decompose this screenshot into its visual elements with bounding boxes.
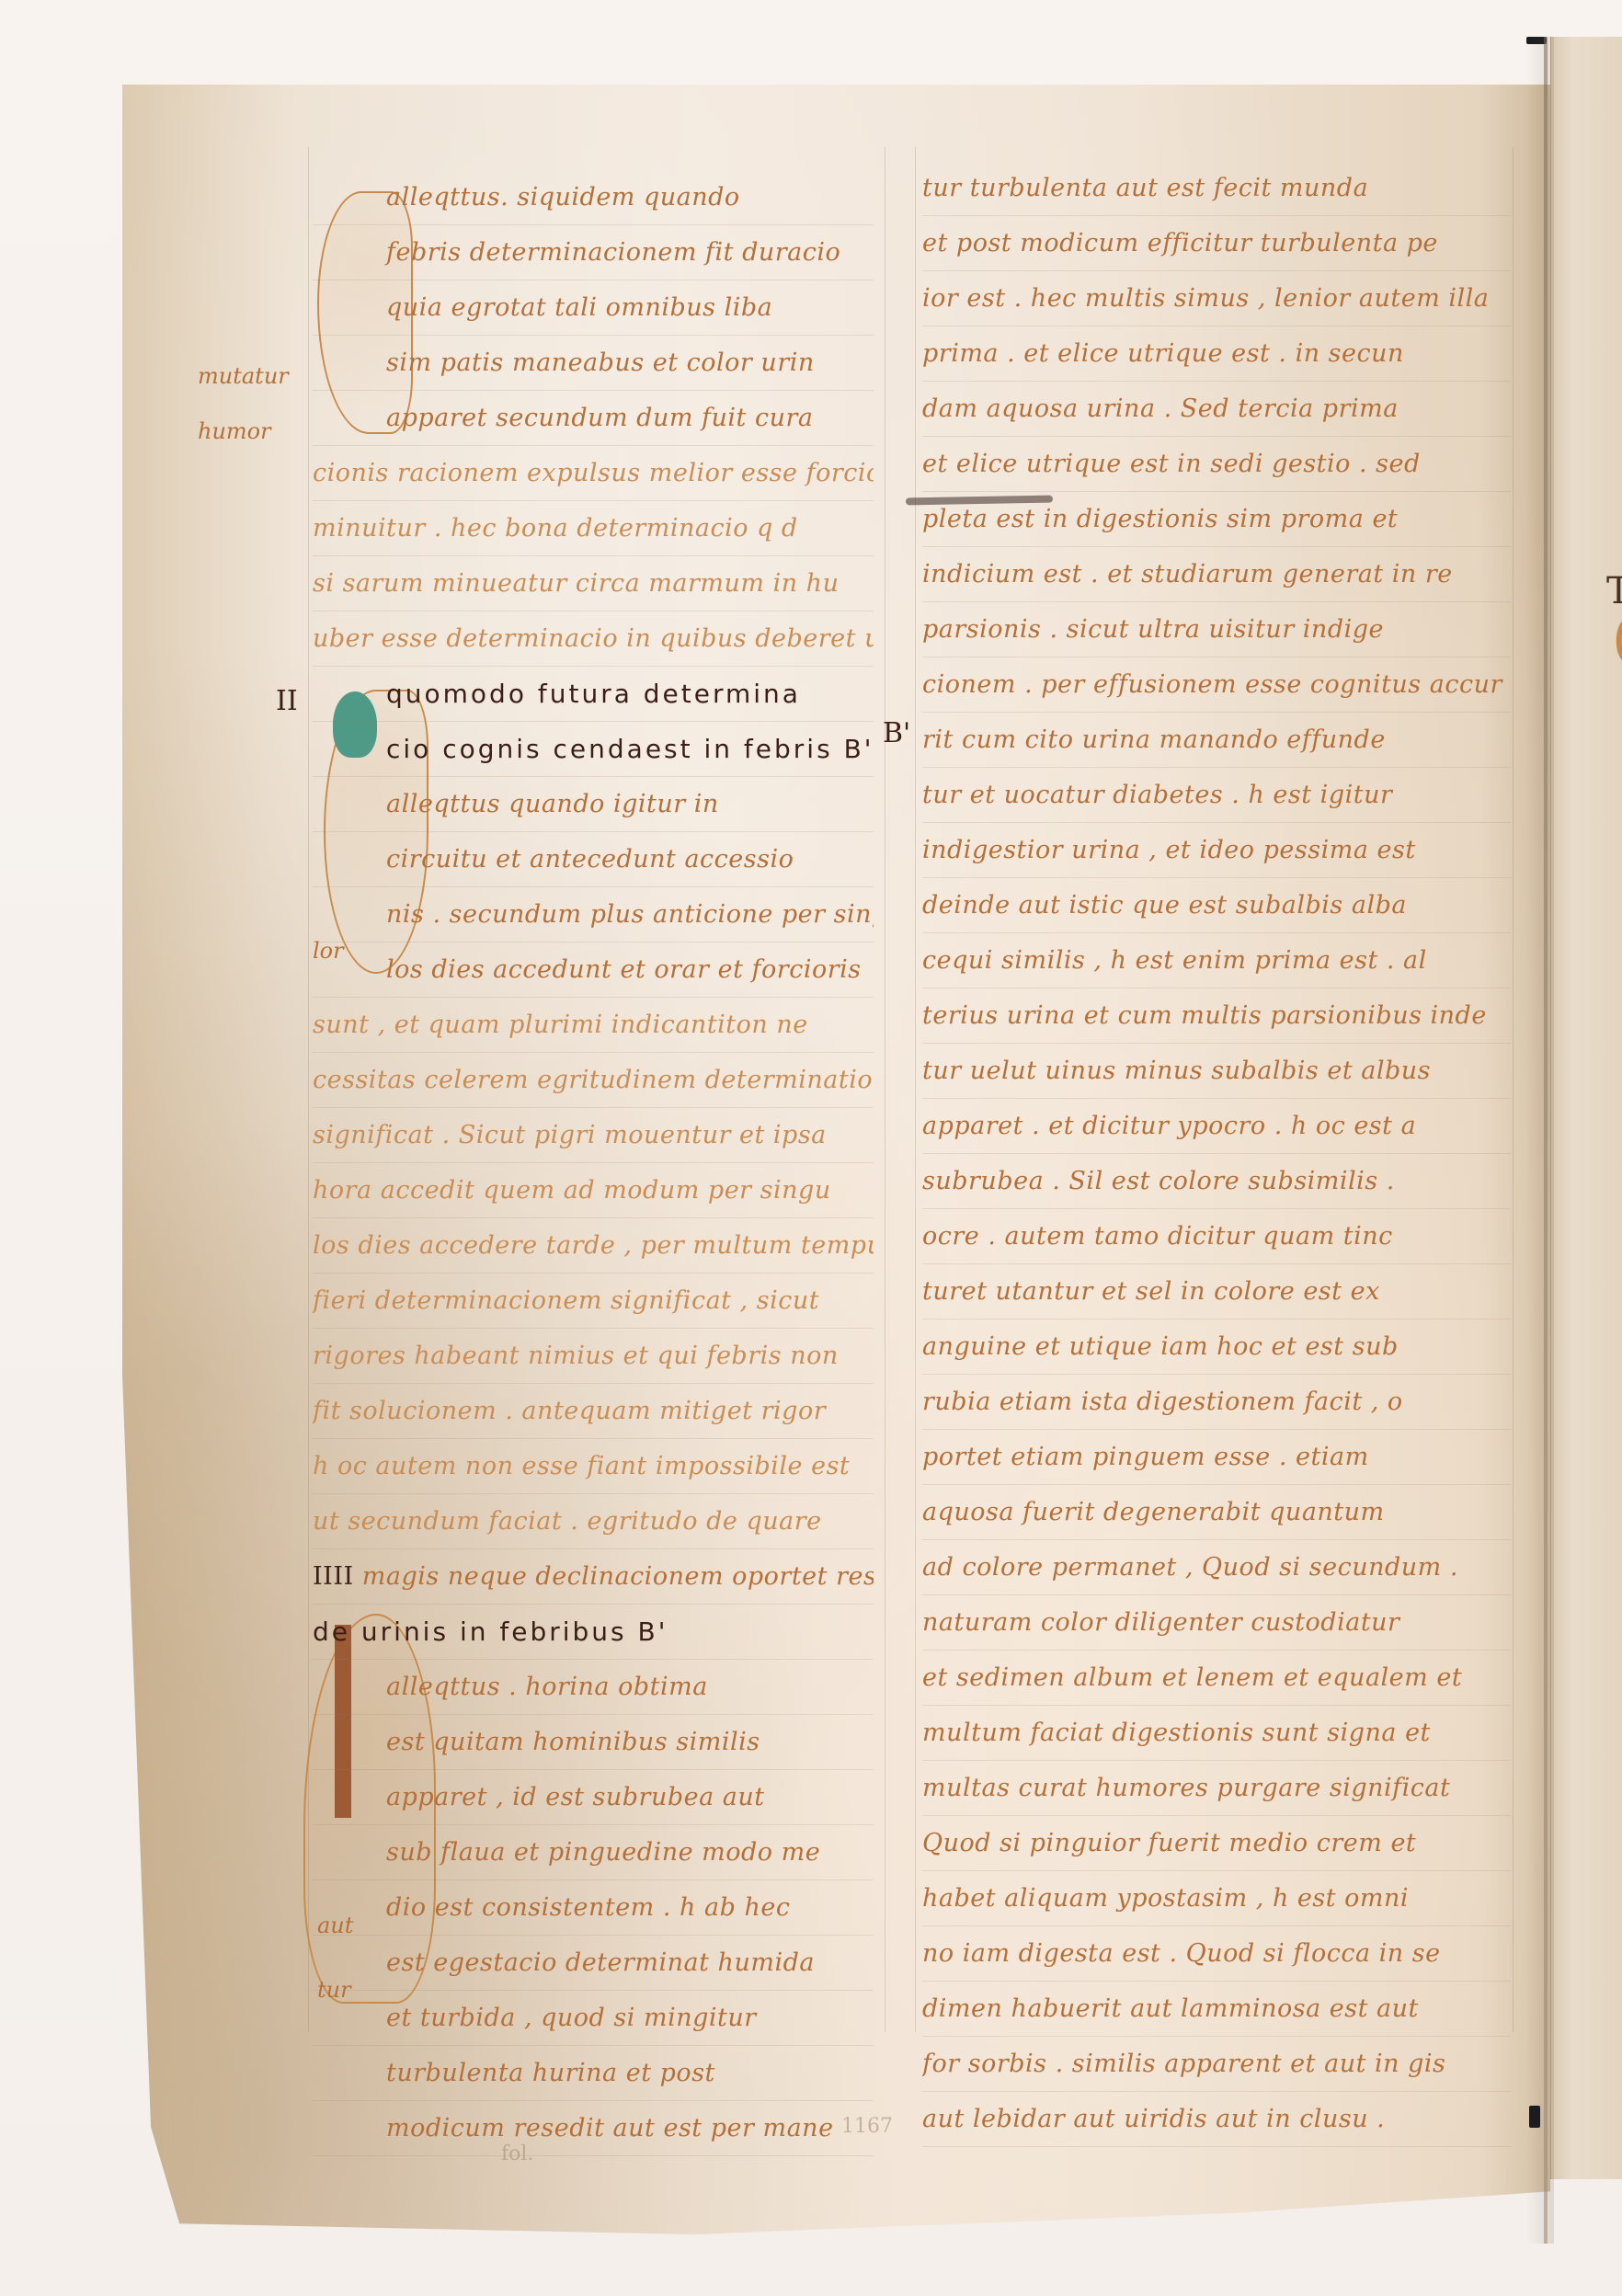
text-line: h oc autem non esse fiant impossibile es…: [313, 1439, 874, 1494]
text-line: cionem . per effusionem esse cognitus ac…: [922, 657, 1511, 713]
text-line: hora accedit quem ad modum per singu: [313, 1163, 874, 1218]
rubric-heading: cio cognis cendaest in febris B': [313, 722, 874, 777]
text-line: sim patis maneabus et color urin: [313, 336, 874, 391]
text-line: los dies accedunt et orar et forcioris: [313, 942, 874, 998]
text-line: deinde aut istic que est subalbis alba: [922, 878, 1511, 933]
text-line: habet aliquam ypostasim , h est omni: [922, 1871, 1511, 1926]
text-line-content: magis neque declinacionem oportet respir…: [362, 1562, 874, 1591]
rubric-heading: quomodo futura determina: [313, 667, 874, 722]
margin-note: mutatur: [198, 363, 289, 389]
text-line: sub flaua et pinguedine modo me: [313, 1825, 874, 1880]
text-line: subrubea . Sil est colore subsimilis .: [922, 1154, 1511, 1209]
text-line: et sedimen album et lenem et equalem et: [922, 1651, 1511, 1706]
text-line: parsionis . sicut ultra uisitur indige: [922, 602, 1511, 657]
text-line: IIII magis neque declinacionem oportet r…: [313, 1549, 874, 1605]
text-line: tur uelut uinus minus subalbis et albus: [922, 1044, 1511, 1099]
text-line: multas curat humores purgare significat: [922, 1761, 1511, 1816]
text-line: cionis racionem expulsus melior esse for…: [313, 446, 874, 501]
text-line: circuitu et antecedunt accessio: [313, 832, 874, 887]
text-line: si sarum minueatur circa marmum in hu: [313, 556, 874, 611]
text-line: prima . et elice utrique est . in secun: [922, 326, 1511, 382]
pencil-number: 1167: [841, 2115, 893, 2138]
text-line: alleqttus. siquidem quando: [313, 170, 874, 225]
gutter: [1544, 37, 1548, 2244]
rubric-heading: de urinis in febribus B': [313, 1605, 874, 1660]
ruling-line: [885, 147, 885, 2032]
text-line: terius urina et cum multis parsionibus i…: [922, 988, 1511, 1044]
text-line: multum faciat digestionis sunt signa et: [922, 1706, 1511, 1761]
text-line: apparet secundum dum fuit cura: [313, 391, 874, 446]
left-column: alleqttus. siquidem quando febris determ…: [313, 170, 874, 2156]
section-number: II: [276, 685, 298, 717]
text-line: ior est . hec multis simus , lenior aute…: [922, 271, 1511, 326]
text-line: cequi similis , h est enim prima est . a…: [922, 933, 1511, 988]
text-line: ad colore permanet , Quod si secundum .: [922, 1540, 1511, 1595]
text-line: nis . secundum plus anticione per singu: [313, 887, 874, 942]
text-line: dio est consistentem . h ab hec: [313, 1880, 874, 1936]
pencil-foliation: fol.: [501, 2142, 533, 2165]
text-line: alleqttus quando igitur in: [313, 777, 874, 832]
text-line: minuitur . hec bona determinacio q d: [313, 501, 874, 556]
text-line: pleta est in digestionis sim proma et: [922, 492, 1511, 547]
text-line: indigestior urina , et ideo pessima est: [922, 823, 1511, 878]
text-line: et post modicum efficitur turbulenta pe: [922, 216, 1511, 271]
text-line: rigores habeant nimius et qui febris non: [313, 1329, 874, 1384]
text-line: significat . Sicut pigri mouentur et ips…: [313, 1108, 874, 1163]
text-line: tur turbulenta aut est fecit munda: [922, 161, 1511, 216]
text-line: naturam color diligenter custodiatur: [922, 1595, 1511, 1651]
text-line: los dies accedere tarde , per multum tem…: [313, 1218, 874, 1274]
text-line: no iam digesta est . Quod si flocca in s…: [922, 1926, 1511, 1982]
text-line: dimen habuerit aut lamminosa est aut: [922, 1982, 1511, 2037]
text-line: febris determinacionem fit duracio: [313, 225, 874, 280]
text-line: uber esse determinacio in quibus deberet…: [313, 611, 874, 667]
ruling-line: [1513, 147, 1513, 2032]
text-line: fit solucionem . antequam mitiget rigor: [313, 1384, 874, 1439]
text-line: aut lebidar aut uiridis aut in clusu .: [922, 2092, 1511, 2147]
text-line: apparet . et dicitur ypocro . h oc est a: [922, 1099, 1511, 1154]
text-line: cessitas celerem egritudinem determinati…: [313, 1053, 874, 1108]
text-line: turbulenta hurina et post: [313, 2046, 874, 2101]
text-line: fieri determinacionem significat , sicut: [313, 1274, 874, 1329]
text-line: tur et uocatur diabetes . h est igitur: [922, 768, 1511, 823]
facing-page-initial-fragment: (: [1612, 607, 1622, 671]
text-line: et turbida , quod si mingitur: [313, 1991, 874, 2046]
text-line: ut secundum faciat . egritudo de quare: [313, 1494, 874, 1549]
ruling-line: [915, 147, 916, 2032]
binding-shadow: [1526, 37, 1554, 2244]
rubric-b-mark: B': [883, 717, 910, 749]
mount-clip-bottom: [1529, 2106, 1540, 2128]
text-line: indicium est . et studiarum generat in r…: [922, 547, 1511, 602]
text-line: apparet , id est subrubea aut: [313, 1770, 874, 1825]
text-line: modicum resedit aut est per mane: [313, 2101, 874, 2156]
text-line: rubia etiam ista digestionem facit , o: [922, 1375, 1511, 1430]
text-line: aquosa fuerit degenerabit quantum: [922, 1485, 1511, 1540]
right-column: tur turbulenta aut est fecit munda et po…: [922, 161, 1511, 2147]
facing-page: T (: [1550, 37, 1622, 2179]
text-line: for sorbis . similis apparent et aut in …: [922, 2037, 1511, 2092]
text-line: alleqttus . horina obtima: [313, 1660, 874, 1715]
text-line: dam aquosa urina . Sed tercia prima: [922, 382, 1511, 437]
text-line: Quod si pinguior fuerit medio crem et: [922, 1816, 1511, 1871]
margin-note: humor: [198, 418, 271, 444]
text-line: quia egrotat tali omnibus liba: [313, 280, 874, 336]
text-line: portet etiam pinguem esse . etiam: [922, 1430, 1511, 1485]
text-line: ocre . autem tamo dicitur quam tinc: [922, 1209, 1511, 1264]
section-number: IIII: [313, 1562, 354, 1591]
text-line: turet utantur et sel in colore est ex: [922, 1264, 1511, 1319]
text-line: anguine et utique iam hoc et est sub: [922, 1319, 1511, 1375]
text-line: rit cum cito urina manando effunde: [922, 713, 1511, 768]
text-line: est egestacio determinat humida: [313, 1936, 874, 1991]
text-line: et elice utrique est in sedi gestio . se…: [922, 437, 1511, 492]
text-line: est quitam hominibus similis: [313, 1715, 874, 1770]
text-line: sunt , et quam plurimi indicantiton ne: [313, 998, 874, 1053]
